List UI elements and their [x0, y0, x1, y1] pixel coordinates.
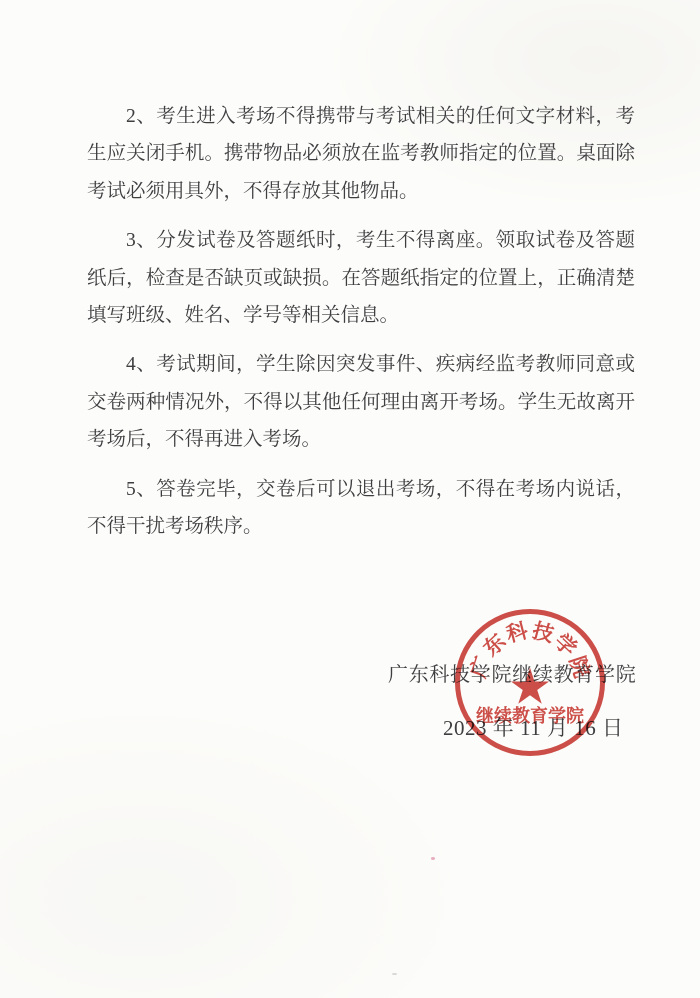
rule-paragraph-2: 2、考生进入考场不得携带与考试相关的任何文字材料，考生应关闭手机。携带物品必须放…	[87, 98, 635, 210]
document-page: 2、考生进入考场不得携带与考试相关的任何文字材料，考生应关闭手机。携带物品必须放…	[0, 0, 700, 998]
rule-paragraph-5: 5、答卷完毕，交卷后可以退出考场，不得在考场内说话，不得干扰考场秩序。	[87, 471, 635, 546]
scan-speck	[392, 973, 397, 975]
exam-rules-text: 2、考生进入考场不得携带与考试相关的任何文字材料，考生应关闭手机。携带物品必须放…	[87, 98, 635, 557]
scan-speck	[431, 857, 435, 860]
star-icon	[510, 667, 550, 705]
official-seal-stamp: 广 东 科 技 学 院 继续教育学院	[455, 609, 605, 756]
rule-paragraph-4: 4、考试期间，学生除因突发事件、疾病经监考教师同意或交卷两种情况外，不得以其他任…	[87, 346, 635, 458]
rule-paragraph-3: 3、分发试卷及答题纸时，考生不得离座。领取试卷及答题纸后，检查是否缺页或缺损。在…	[87, 222, 635, 334]
seal-bottom-text: 继续教育学院	[455, 702, 605, 728]
